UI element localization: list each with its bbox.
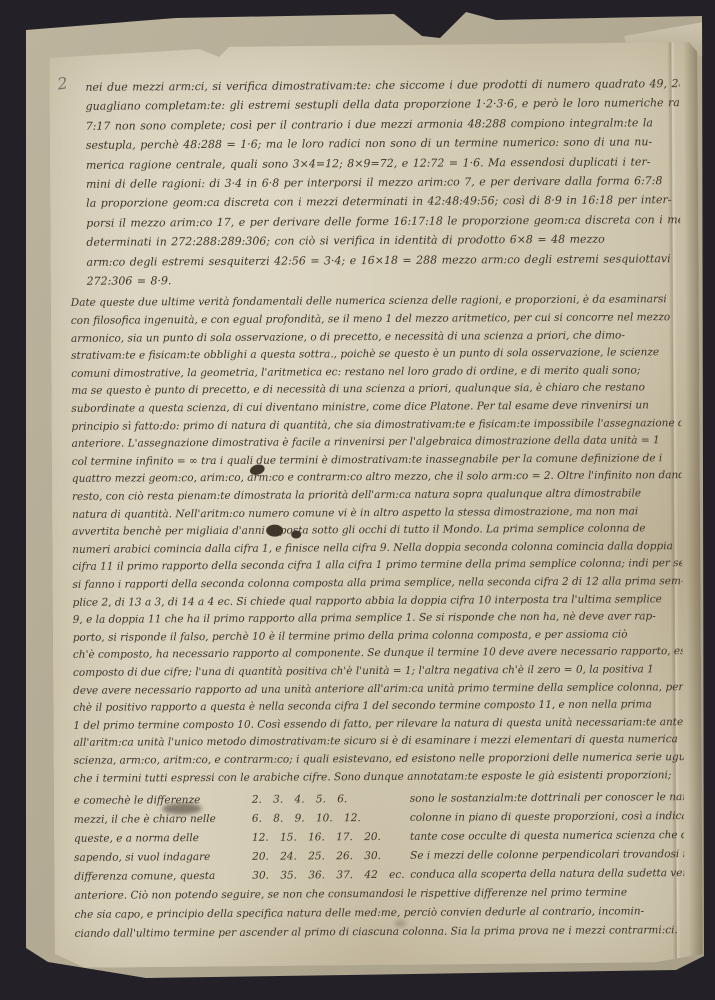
row-left-text: differenza comune, questa xyxy=(74,867,252,887)
row-numbers: 12. 15. 16. 17. 20. xyxy=(252,828,410,848)
row-left-text: mezzi, il che è chiaro nelle xyxy=(74,810,252,830)
row-right-text: colonne in piano di queste proporzioni, … xyxy=(410,807,684,828)
row-left-text: sapendo, si vuol indagare xyxy=(74,848,252,868)
row-numbers: 20. 24. 25. 26. 30. xyxy=(252,847,410,867)
manuscript-page: 2 nei due mezzi arm:ci, si verifica dimo… xyxy=(49,42,703,968)
closing-lines: anteriore. Ciò non potendo seguire, se n… xyxy=(74,883,684,944)
row-numbers: 6. 8. 9. 10. 12. xyxy=(252,809,410,829)
page-number: 2 xyxy=(56,73,69,93)
row-right-text: sono le sostanzialm:te dottrinali per co… xyxy=(410,788,684,809)
paragraph-harmonic-means: nei due mezzi arm:ci, si verifica dimost… xyxy=(85,74,680,291)
paragraph-fundamental-truths: Date queste due ultime verità fondamenta… xyxy=(71,292,684,788)
text-line: 272:306 = 8·9. xyxy=(87,268,681,291)
row-numbers: 2. 3. 4. 5. 6. xyxy=(252,790,410,810)
number-columns-table: e comechè le differenze 2. 3. 4. 5. 6. s… xyxy=(74,788,685,887)
row-left-text: queste, e a norma delle xyxy=(74,829,252,849)
handwritten-text-area: nei due mezzi arm:ci, si verifica dimost… xyxy=(69,68,684,952)
row-numbers: 30. 35. 36. 37. 42 ec. xyxy=(252,866,410,886)
row-right-text: Se i mezzi delle colonne perpendicolari … xyxy=(410,845,684,866)
manuscript-scan: 2 nei due mezzi arm:ci, si verifica dimo… xyxy=(0,0,715,1000)
row-right-text: tante cose occulte di questa numerica sc… xyxy=(410,826,684,847)
row-left-text: e comechè le differenze xyxy=(74,791,252,811)
text-line: ciando dall'ultimo termine per ascender … xyxy=(75,921,685,944)
row-right-text: conduca alla scoperta della natura della… xyxy=(410,864,684,885)
text-line: arm:co degli estremi sesquiterzi 42:56 =… xyxy=(86,249,680,272)
text-line: che i termini tutti espressi con le arab… xyxy=(74,767,684,788)
